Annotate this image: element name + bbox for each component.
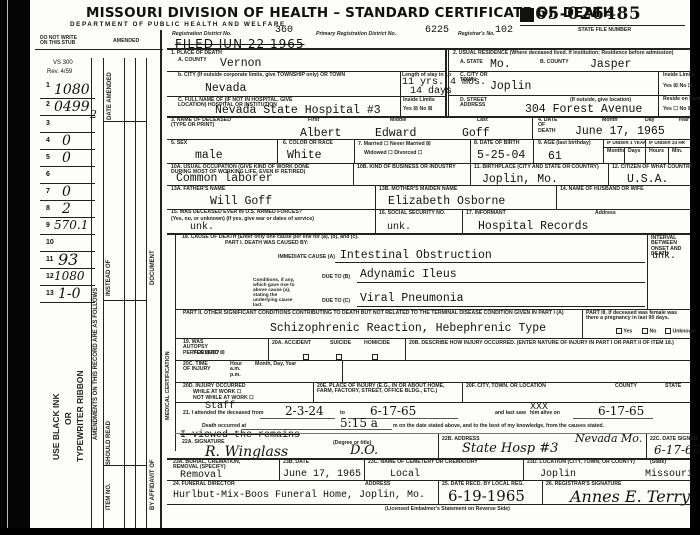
residence-county: Jasper bbox=[590, 58, 631, 71]
date-of-death: June 17, 1965 bbox=[575, 125, 665, 138]
ink-note-2: OR bbox=[64, 412, 73, 425]
inside-limits-value[interactable]: Yes ☒ No ☒ bbox=[403, 107, 432, 112]
due-to-b: Adynamic Ileus bbox=[360, 268, 457, 281]
res-state-label: a. STATE bbox=[460, 60, 483, 65]
stub-should-read: SHOULD READ bbox=[106, 421, 112, 465]
age: 61 bbox=[548, 150, 562, 163]
death-occurred-label: Death occurred at bbox=[202, 424, 246, 429]
year-label: Year bbox=[678, 118, 689, 123]
res-county-label: b. COUNTY bbox=[540, 60, 569, 65]
informant-label: 17. INFORMANT bbox=[466, 211, 506, 216]
birthplace-label: 11. BIRTHPLACE (City and state or countr… bbox=[474, 165, 599, 170]
burial-state: Missouri bbox=[645, 469, 693, 480]
stub-code-row: 20499 bbox=[40, 99, 95, 116]
form-number: VS 300 bbox=[53, 60, 73, 66]
stub-code-row: 11080 bbox=[40, 82, 95, 99]
medical-certification-label: MEDICAL CERTIFICATION bbox=[166, 351, 172, 420]
ssn-label: 16. SOCIAL SECURITY NO. bbox=[379, 211, 445, 216]
stub-code-row: 121080 bbox=[40, 269, 95, 286]
burial-location: Joplin bbox=[540, 469, 576, 480]
day-label: Day bbox=[645, 118, 655, 123]
stub-date-amended: DATE AMENDED bbox=[107, 72, 113, 120]
citizen-label: 12. CITIZEN OF WHAT COUNTRY bbox=[612, 165, 693, 170]
stub-code-row: 40 bbox=[40, 133, 95, 150]
part2-label: PART II. OTHER SIGNIFICANT CONDITIONS CO… bbox=[183, 311, 564, 316]
min-label: Min. bbox=[672, 149, 682, 154]
registrar-no-label: Registrar's No. bbox=[458, 32, 495, 37]
stub-amendments-note: AMENDMENTS ON THIS RECORD ARE AS FOLLOWS bbox=[93, 288, 99, 440]
accident-checkbox[interactable] bbox=[303, 348, 309, 366]
residence-state: Mo. bbox=[490, 58, 511, 71]
mother-label: 13b. MOTHER'S MAIDEN NAME bbox=[379, 187, 457, 192]
scan-border-left bbox=[0, 0, 30, 535]
death-time: 5:15 a bbox=[340, 416, 378, 430]
form-revision: Rev. 4/59 bbox=[47, 69, 72, 75]
stub-code-row: 50 bbox=[40, 150, 95, 167]
death-time-suffix: m on the date stated above, and to the b… bbox=[393, 424, 604, 429]
stub-code-row: 6 bbox=[40, 167, 95, 184]
first-label: First bbox=[308, 118, 319, 123]
attended-label: 21. I attended the deceased from bbox=[183, 411, 263, 416]
armed-forces: unk. bbox=[190, 222, 214, 233]
occupation: Common laborer bbox=[176, 172, 273, 185]
describe-injury-label: 20b. DESCRIBE HOW INJURY OCCURRED. (Ente… bbox=[409, 341, 674, 346]
date-received: 6-19-1965 bbox=[448, 487, 525, 505]
stub-margin-mark: 2 bbox=[90, 108, 97, 121]
homicide-label: HOMICIDE bbox=[364, 341, 390, 346]
stub-code-row: 3 bbox=[40, 116, 95, 133]
part3-no[interactable]: No bbox=[642, 328, 656, 335]
mdy-label: Month, Day, Year bbox=[255, 362, 296, 367]
stub-code-row: 82 bbox=[40, 201, 95, 218]
part3-label: PART III. If deceased was female was the… bbox=[586, 311, 690, 322]
marital-status-1[interactable]: 7. Married ☐ Never Married ☒ bbox=[358, 142, 431, 147]
race: White bbox=[287, 149, 322, 162]
last-saw-label: and last saw bbox=[495, 411, 526, 416]
accident-label: 20a. ACCIDENT bbox=[272, 341, 311, 346]
burial-date-label: 23b. DATE bbox=[283, 460, 309, 465]
stub-do-not-write: DO NOT WRITE ON THIS STUB bbox=[40, 36, 82, 47]
armed-forces-label: 15. WAS DECEASED EVER IN U.S. ARMED FORC… bbox=[171, 210, 302, 215]
social-security-no: unk. bbox=[387, 222, 411, 233]
place-of-injury-label: 20e. PLACE OF INJURY (e.g., in or about … bbox=[317, 384, 452, 395]
under-1yr-label: IF UNDER 1 YEAR bbox=[607, 141, 646, 146]
suicide-label: SUICIDE bbox=[330, 341, 351, 346]
days-label: Days bbox=[628, 149, 640, 154]
time-of-injury-label: 20c. TIME OF INJURY bbox=[183, 362, 213, 373]
spouse-label: 14. NAME OF HUSBAND OR WIFE bbox=[560, 187, 644, 192]
stub-code-row: 70 bbox=[40, 184, 95, 201]
stub-by-affidavit: BY AFFIDAVIT OF bbox=[150, 459, 156, 510]
scan-border-bottom bbox=[0, 528, 700, 535]
stub-code-list: 11080 20499 3 40 50 6 70 82 9570.1 10 11… bbox=[40, 82, 95, 303]
under-24hr-label: IF UNDER 24 HR bbox=[649, 141, 685, 146]
file-number-block bbox=[520, 8, 534, 22]
autopsy-value[interactable]: YES ☐ NO ☒ bbox=[193, 351, 225, 356]
res-city-label: c. CITY OR TOWN bbox=[460, 73, 490, 84]
due-to-c: Viral Pneumonia bbox=[360, 292, 464, 305]
cemetery-label: 23c. NAME OF CEMETERY OR CREMATORY bbox=[368, 460, 478, 465]
date-of-death-label: 4. DATE OF DEATH bbox=[538, 118, 558, 134]
residence-label: 2. USUAL RESIDENCE (Where deceased lived… bbox=[453, 51, 673, 56]
him-alive-label: him alive on bbox=[530, 411, 560, 416]
farm-label: Reside on Farm bbox=[663, 97, 700, 102]
stub-document: DOCUMENT bbox=[150, 250, 156, 285]
date-of-birth: 5-25-04 bbox=[477, 149, 525, 162]
scan-edge-line bbox=[7, 0, 8, 535]
ink-note-3: TYPEWRITER RIBBON bbox=[76, 370, 85, 462]
residence-city: Joplin bbox=[490, 80, 531, 93]
stub-item-no: ITEM NO. bbox=[106, 483, 112, 510]
death-county: Vernon bbox=[220, 57, 261, 70]
burial-state-label: (State) bbox=[650, 460, 666, 465]
due-to-b-label: DUE TO (b) bbox=[322, 275, 350, 280]
place-of-death-label: 1. PLACE OF DEATH bbox=[171, 51, 222, 56]
department-subtitle: DEPARTMENT OF PUBLIC HEALTH AND WELFARE bbox=[70, 21, 286, 28]
hours-label: Hours bbox=[649, 149, 664, 154]
injury-county-label: COUNTY bbox=[615, 384, 637, 389]
part3-unknown[interactable]: Unknown bbox=[665, 328, 696, 335]
registration-district: 360 bbox=[275, 25, 293, 36]
street-label: d. STREET ADDRESS bbox=[460, 98, 490, 109]
informant: Hospital Records bbox=[478, 220, 588, 233]
res-inside-value[interactable]: Yes ☒ No ☐ bbox=[663, 84, 692, 89]
injury-state-label: STATE bbox=[665, 384, 681, 389]
burial-date: June 17, 1965 bbox=[283, 469, 361, 480]
date-signed: 6-17-65 bbox=[654, 443, 700, 457]
stub-code-row: 9570.1 bbox=[40, 218, 95, 235]
marital-status-2[interactable]: Widowed ☐ Divorced ☐ bbox=[364, 151, 423, 156]
name-label: 3. NAME OF DECEASED (Type or print) bbox=[171, 118, 231, 129]
stub-amended: AMENDED bbox=[113, 39, 139, 44]
part2-conditions: Schizophrenic Reaction, Hebephrenic Type bbox=[270, 322, 546, 335]
city-label: b. CITY (If outside corporate limits, gi… bbox=[178, 73, 358, 78]
state-file-number-label: STATE FILE NUMBER bbox=[578, 28, 631, 33]
death-city: Nevada bbox=[205, 82, 246, 95]
race-label: 6. COLOR OR RACE bbox=[283, 141, 333, 146]
interval: unk. bbox=[652, 251, 676, 262]
immediate-cause-label: IMMEDIATE CAUSE (a) bbox=[278, 255, 335, 260]
homicide-checkbox[interactable] bbox=[372, 348, 378, 366]
stub-code-row: 1193 bbox=[40, 252, 95, 269]
location-label: 23d. LOCATION (City, town, or county) bbox=[527, 460, 635, 465]
date-signed-label: 22c. DATE SIGNED bbox=[650, 437, 697, 442]
primary-district: 6225 bbox=[425, 25, 449, 36]
director-address-label: ADDRESS bbox=[365, 482, 390, 487]
months-label: Months bbox=[607, 149, 625, 154]
father-label: 13a. FATHER'S NAME bbox=[171, 187, 225, 192]
mother-maiden-name: Elizabeth Osborne bbox=[388, 195, 505, 208]
middle-label: Middle bbox=[390, 118, 406, 123]
inside-limits-label: Inside Limits bbox=[403, 98, 435, 103]
last-seen-date: 6-17-65 bbox=[598, 404, 644, 418]
immediate-cause: Intestinal Obstruction bbox=[340, 249, 492, 262]
farm-value[interactable]: Yes ☐ No ☒ bbox=[663, 107, 692, 112]
hour-label: Hour a.m. p.m. bbox=[230, 362, 242, 378]
due-to-c-label: DUE TO (c) bbox=[322, 299, 350, 304]
stub-code-row: 131-0 bbox=[40, 286, 95, 303]
registrar-no: 102 bbox=[495, 25, 513, 36]
month-label: Month bbox=[602, 118, 618, 123]
attended-from: 2-3-24 bbox=[285, 404, 324, 418]
business-label: 10b. KIND OF BUSINESS OR INDUSTRY bbox=[357, 165, 456, 170]
physician-degree: D.O. bbox=[350, 443, 378, 458]
informant-address-label: Address bbox=[595, 211, 616, 216]
last-label: Last bbox=[477, 118, 488, 123]
part1-label: PART I. DEATH WAS CAUSED BY: bbox=[225, 241, 309, 246]
sex-label: 5. SEX bbox=[171, 141, 187, 146]
funeral-director-label: 24. FUNERAL DIRECTOR bbox=[173, 482, 235, 487]
cemetery: Local bbox=[390, 469, 420, 480]
stub-instead-of: INSTEAD OF bbox=[106, 260, 112, 296]
res-inside-label: Inside Limits bbox=[663, 73, 695, 78]
injury-city-label: 20f. CITY, TOWN, OR LOCATION bbox=[466, 384, 546, 389]
age-label: 9. AGE (last birthday) bbox=[538, 141, 591, 146]
funeral-director: Hurlbut-Mix-Boos Funeral Home, Joplin, M… bbox=[173, 490, 425, 501]
dob-label: 8. DATE OF BIRTH bbox=[474, 141, 519, 146]
embalmer-note: (Licensed Embalmer's Statement on Revers… bbox=[385, 507, 510, 512]
residence-street: 304 Forest Avenue bbox=[525, 103, 642, 116]
father-name: Will Goff bbox=[210, 195, 272, 208]
county-label: a. COUNTY bbox=[178, 58, 207, 63]
part3-yes[interactable]: Yes bbox=[616, 328, 632, 335]
physician-address: State Hosp #3 bbox=[462, 441, 558, 456]
ink-note-1: USE BLACK INK bbox=[52, 393, 61, 460]
state-file-number: 65-026485 bbox=[535, 4, 641, 24]
death-certificate: MISSOURI DIVISION OF HEALTH – STANDARD C… bbox=[30, 0, 690, 528]
primary-district-label: Primary Registration District No. bbox=[316, 32, 396, 37]
conditions-note: Conditions, if any, which gave rise to a… bbox=[253, 278, 301, 308]
sex: male bbox=[195, 149, 223, 162]
